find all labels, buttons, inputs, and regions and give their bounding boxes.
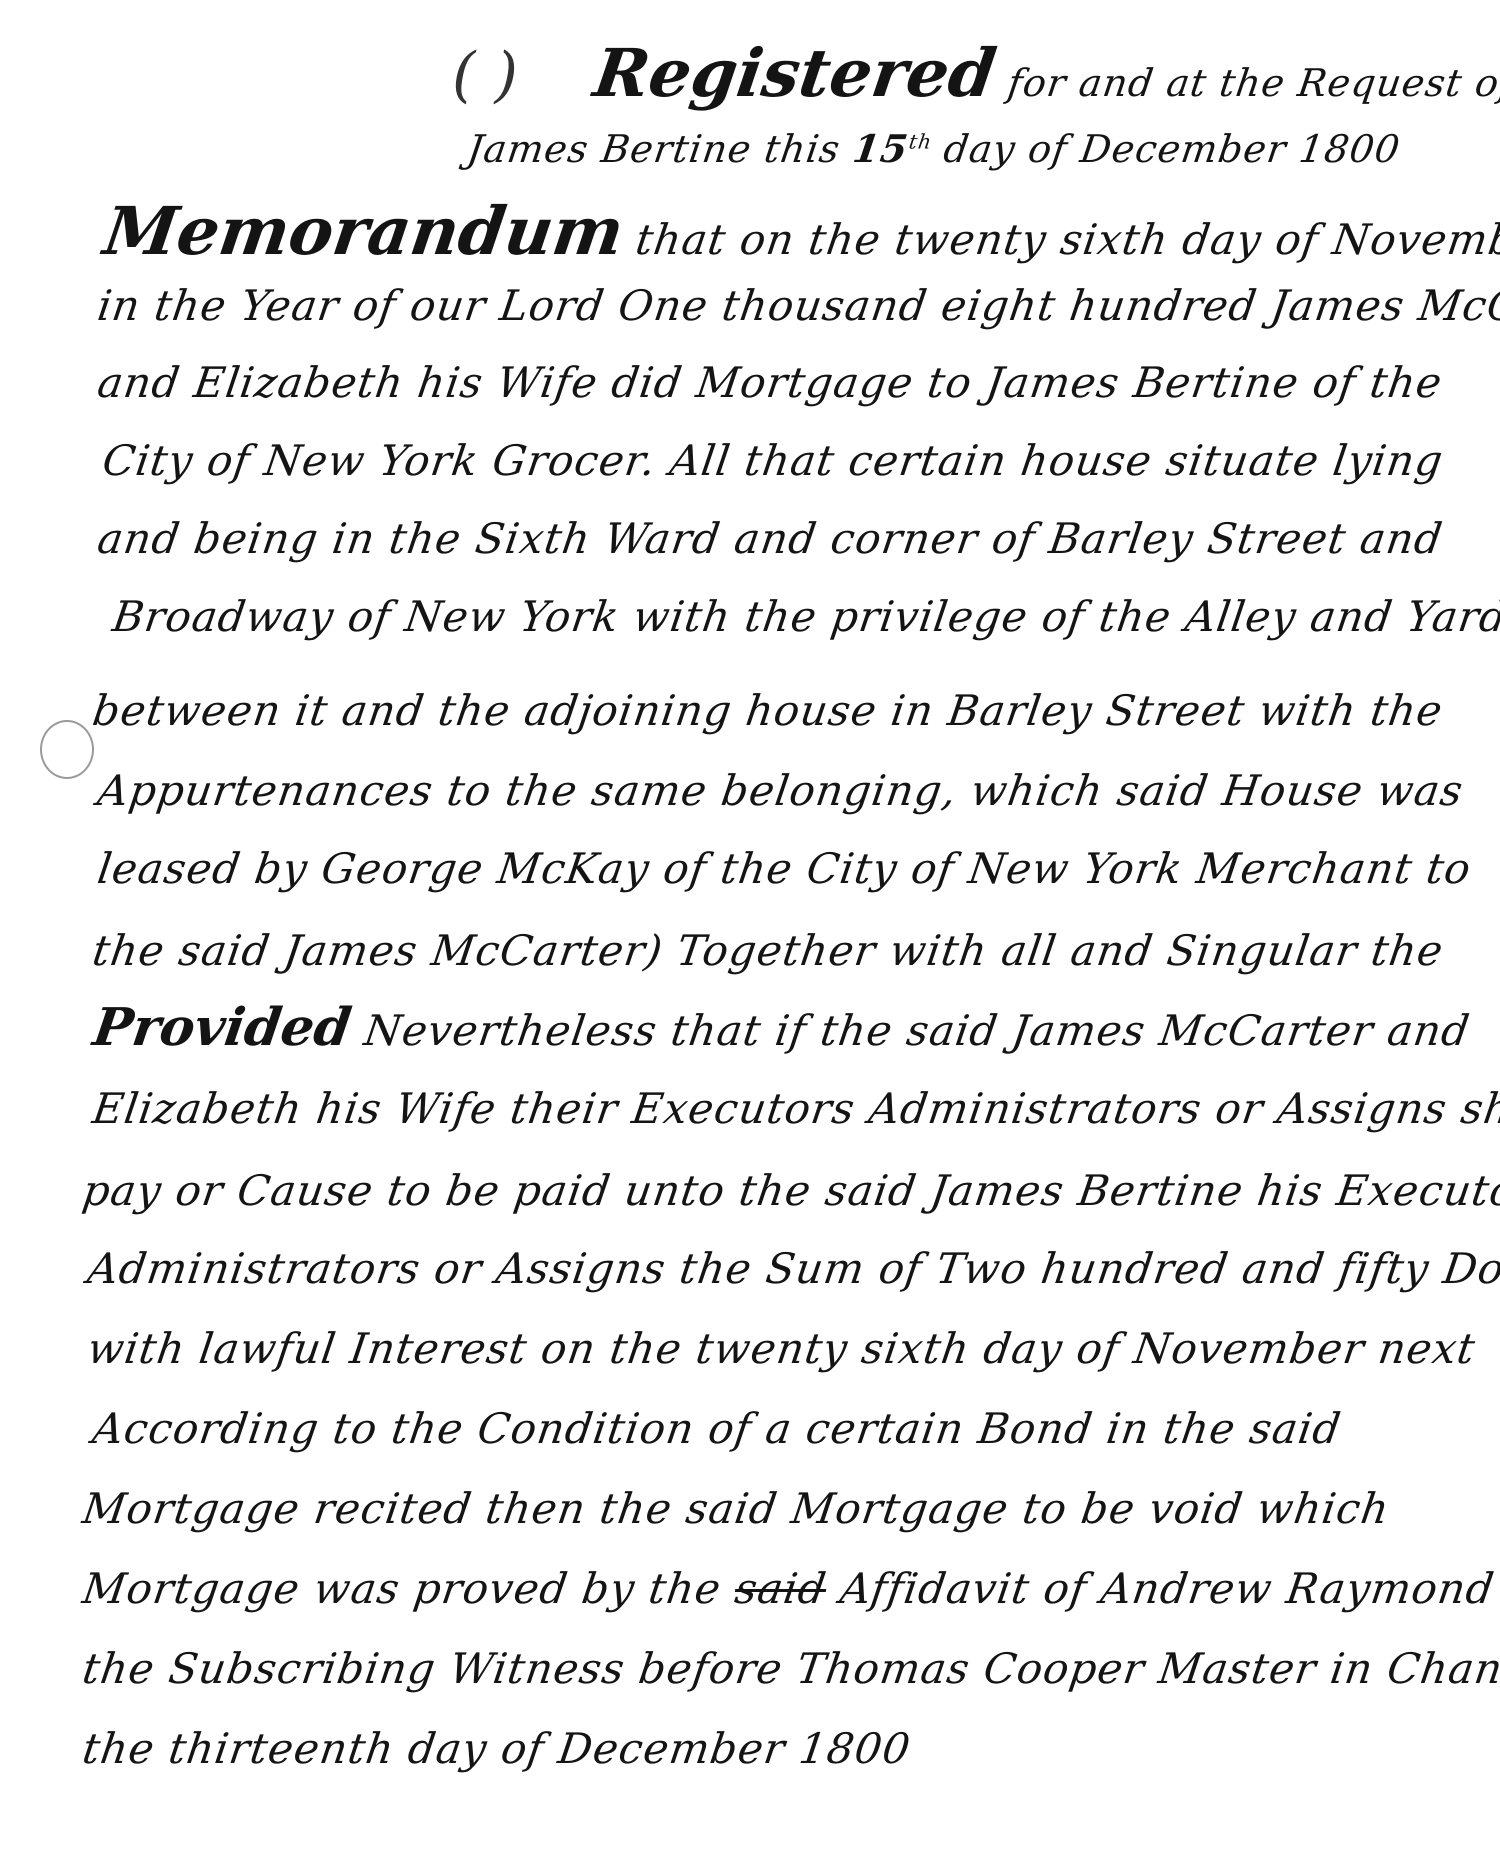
- struck-word: said: [732, 1564, 830, 1613]
- body-line-3: and Elizabeth his Wife did Mortgage to J…: [95, 362, 1445, 404]
- body-line-5: and being in the Sixth Ward and corner o…: [95, 518, 1445, 560]
- body-line-6: Broadway of New York with the privilege …: [110, 596, 1500, 638]
- body-line-1: Memorandum that on the twenty sixth day …: [100, 198, 1500, 264]
- body-line-4: City of New York Grocer. All that certai…: [100, 440, 1446, 482]
- header-line-1: Registered for and at the Request of Mr: [590, 40, 1500, 106]
- body-line-11: Provided Nevertheless that if the said J…: [90, 1002, 1474, 1054]
- body-line-9: leased by George McKay of the City of Ne…: [95, 848, 1474, 890]
- line-text: Mortgage recited then the said Mortgage …: [80, 1484, 1393, 1533]
- line-text: in the Year of our Lord One thousand eig…: [95, 281, 1500, 330]
- registration-day: 15: [850, 126, 911, 171]
- body-line-20: the thirteenth day of December 1800: [80, 1728, 913, 1770]
- line-text: that on the twenty sixth day of November: [633, 215, 1500, 264]
- line-text: pay or Cause to be paid unto the said Ja…: [80, 1166, 1500, 1215]
- memorandum-heading: Memorandum: [99, 192, 628, 270]
- line-text: Broadway of New York with the privilege …: [110, 592, 1500, 641]
- line-text: and being in the Sixth Ward and corner o…: [95, 514, 1446, 563]
- body-line-13: pay or Cause to be paid unto the said Ja…: [80, 1170, 1500, 1212]
- body-line-19: the Subscribing Witness before Thomas Co…: [80, 1648, 1500, 1690]
- body-line-7: between it and the adjoining house in Ba…: [90, 690, 1446, 732]
- line-text: with lawful Interest on the twenty sixth…: [85, 1324, 1479, 1373]
- line-text: City of New York Grocer. All that certai…: [100, 436, 1447, 485]
- header-date-rest: day of December 1800: [941, 127, 1403, 171]
- line-text: leased by George McKay of the City of Ne…: [95, 844, 1475, 893]
- header-prefix: James Bertine this: [465, 127, 844, 171]
- line-text: the said James McCarter) Together with a…: [90, 926, 1447, 975]
- body-line-12: Elizabeth his Wife their Executors Admin…: [90, 1088, 1500, 1130]
- line-text: Appurtenances to the same belonging, whi…: [95, 766, 1467, 815]
- line-text: the thirteenth day of December 1800: [80, 1724, 914, 1773]
- body-line-8: Appurtenances to the same belonging, whi…: [95, 770, 1466, 812]
- margin-bracket-mark: ( ): [452, 40, 518, 110]
- body-line-15: with lawful Interest on the twenty sixth…: [85, 1328, 1478, 1370]
- body-line-14: Administrators or Assigns the Sum of Two…: [85, 1248, 1500, 1290]
- line-text: Administrators or Assigns the Sum of Two…: [85, 1244, 1500, 1293]
- body-line-17: Mortgage recited then the said Mortgage …: [80, 1488, 1392, 1530]
- line-text: According to the Condition of a certain …: [90, 1404, 1345, 1453]
- line-text: and Elizabeth his Wife did Mortgage to J…: [95, 358, 1446, 407]
- header-line-2: James Bertine this 15th day of December …: [465, 130, 1403, 168]
- registered-rest: for and at the Request of Mr: [1005, 61, 1500, 105]
- body-line-2: in the Year of our Lord One thousand eig…: [95, 285, 1500, 327]
- line-text: Elizabeth his Wife their Executors Admin…: [90, 1084, 1500, 1133]
- provided-heading: Provided: [89, 997, 355, 1058]
- document-page: ( ) Registered for and at the Request of…: [0, 0, 1500, 1853]
- day-suffix: th: [907, 129, 933, 153]
- registered-heading: Registered: [589, 34, 1001, 112]
- body-line-10: the said James McCarter) Together with a…: [90, 930, 1446, 972]
- body-line-18: Mortgage was proved by the said Affidavi…: [80, 1568, 1497, 1610]
- body-line-16: According to the Condition of a certain …: [90, 1408, 1344, 1450]
- line-text-pre: Mortgage was proved by the: [80, 1564, 725, 1613]
- line-text: Affidavit of Andrew Raymond: [837, 1564, 1497, 1613]
- line-text: Nevertheless that if the said James McCa…: [361, 1006, 1473, 1055]
- line-text: between it and the adjoining house in Ba…: [90, 686, 1447, 735]
- margin-circle-mark: [40, 720, 94, 779]
- line-text: the Subscribing Witness before Thomas Co…: [80, 1644, 1500, 1693]
